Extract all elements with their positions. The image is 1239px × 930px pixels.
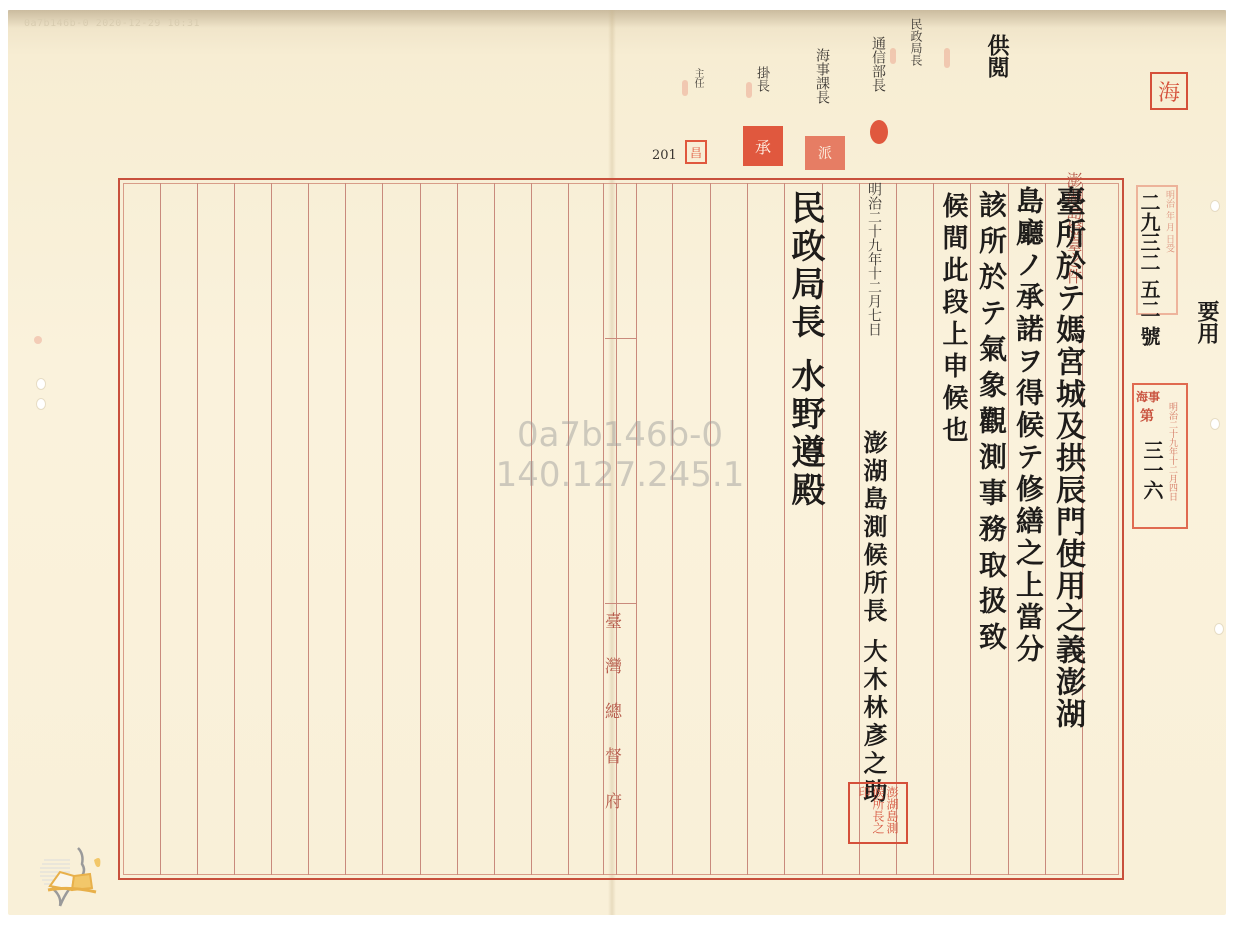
- approval-tsushin-bucho: 通信部長: [868, 36, 888, 92]
- sender-seal: 澎湖島測候所長之印: [848, 782, 908, 844]
- column-rule: [896, 183, 897, 875]
- column-rule: [457, 183, 458, 875]
- approval-seal: 派: [805, 136, 845, 170]
- approval-seal: 昌: [685, 140, 707, 164]
- red-mark: [746, 82, 752, 98]
- column-rule: [933, 183, 934, 875]
- column-rule: [382, 183, 383, 875]
- spine-divider: [605, 338, 637, 339]
- watermark-line-1: 0a7b146b-0: [480, 415, 760, 455]
- document-date: 明治二十九年十二月七日: [866, 182, 882, 336]
- column-rule: [494, 183, 495, 875]
- column-rule: [710, 183, 711, 875]
- punch-hole: [1210, 418, 1220, 430]
- column-rule: [568, 183, 569, 875]
- punch-hole: [1214, 623, 1224, 635]
- corner-seal-kai: 海: [1150, 72, 1188, 110]
- circulated-mark: 供閲: [982, 34, 1013, 78]
- body-line-4: 候間此段上申候也: [938, 192, 968, 448]
- body-line-1: 臺所於テ媽宮城及拱辰門使用之義澎湖: [1050, 186, 1084, 730]
- column-rule: [197, 183, 198, 875]
- column-rule: [420, 183, 421, 875]
- column-rule: [672, 183, 673, 875]
- punch-hole: [1210, 200, 1220, 212]
- printed-spine-title: 臺灣總督府: [608, 612, 634, 837]
- column-rule: [1045, 183, 1046, 875]
- filing-number: 三一六: [1138, 440, 1167, 500]
- column-rule: [234, 183, 235, 875]
- punch-hole: [36, 378, 46, 390]
- received-stamp-header: 明治 年 月 日受: [1163, 190, 1176, 253]
- approval-kakaricho: 掛長: [752, 66, 771, 92]
- page-number: 201: [652, 148, 677, 163]
- approval-min-sei-kyoku-cho: 民政局長: [908, 18, 925, 66]
- sender-name: 澎湖島測候所長 大木林彥之助: [860, 430, 886, 806]
- column-rule: [308, 183, 309, 875]
- column-rule: [1008, 183, 1009, 875]
- body-line-2: 島廳ノ承諾ヲ得候テ修繕之上當分: [1012, 186, 1044, 666]
- column-rule: [271, 183, 272, 875]
- column-rule: [160, 183, 161, 875]
- approval-seal: 承: [743, 126, 783, 166]
- column-rule: [747, 183, 748, 875]
- red-mark: [944, 48, 950, 68]
- column-rule: [531, 183, 532, 875]
- filing-stamp-label: 第: [1136, 408, 1156, 422]
- column-rule: [970, 183, 971, 875]
- watermark-line-2: 140.127.245.1: [480, 455, 760, 495]
- scan-stamp: 0a7b146b-0 2020-12-29 10:31: [24, 18, 200, 29]
- red-mark: [34, 336, 42, 344]
- recipient-name: 民政局長 水野遵殿: [786, 190, 824, 510]
- library-logo-icon: [30, 840, 110, 910]
- column-rule: [345, 183, 346, 875]
- approval-kaiji-kacho: 海事課長: [812, 48, 832, 104]
- access-watermark: 0a7b146b-0 140.127.245.1: [480, 415, 760, 495]
- oval-seal: [870, 120, 888, 144]
- approval-shunin: 主任: [690, 68, 705, 88]
- filing-stamp-date: 明治二十九年十二月四日: [1166, 402, 1179, 501]
- red-mark: [682, 80, 688, 96]
- received-number: 二九三二 五二 號: [1138, 192, 1160, 346]
- red-mark: [890, 48, 896, 64]
- filing-stamp-header: 海事: [1136, 388, 1160, 405]
- side-note-yoyo: 要用: [1192, 300, 1223, 344]
- body-line-3: 該所於テ氣象觀測事務取扱致: [975, 190, 1007, 658]
- punch-hole: [36, 398, 46, 410]
